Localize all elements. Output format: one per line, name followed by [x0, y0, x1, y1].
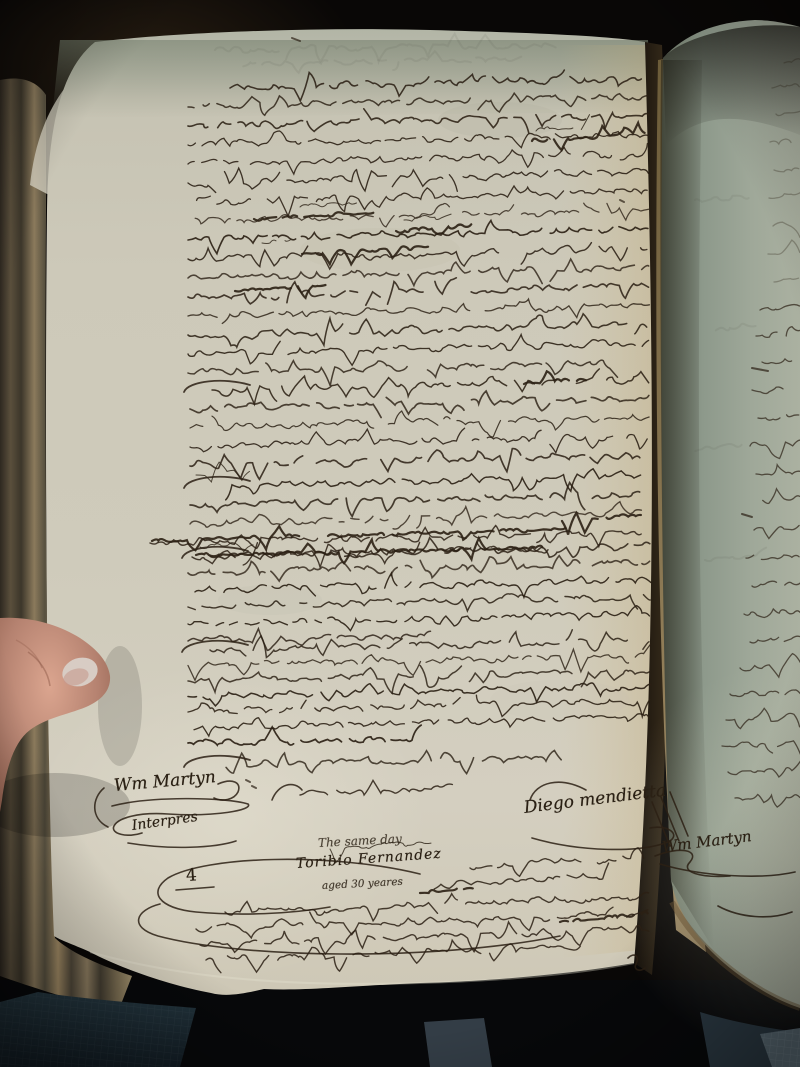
photo-vignette [0, 0, 800, 1067]
folio-number: 4 [185, 865, 197, 886]
manuscript-photograph: { "meta": { "subject": "Photograph of an… [0, 0, 800, 1067]
photo-canvas [0, 0, 800, 1067]
